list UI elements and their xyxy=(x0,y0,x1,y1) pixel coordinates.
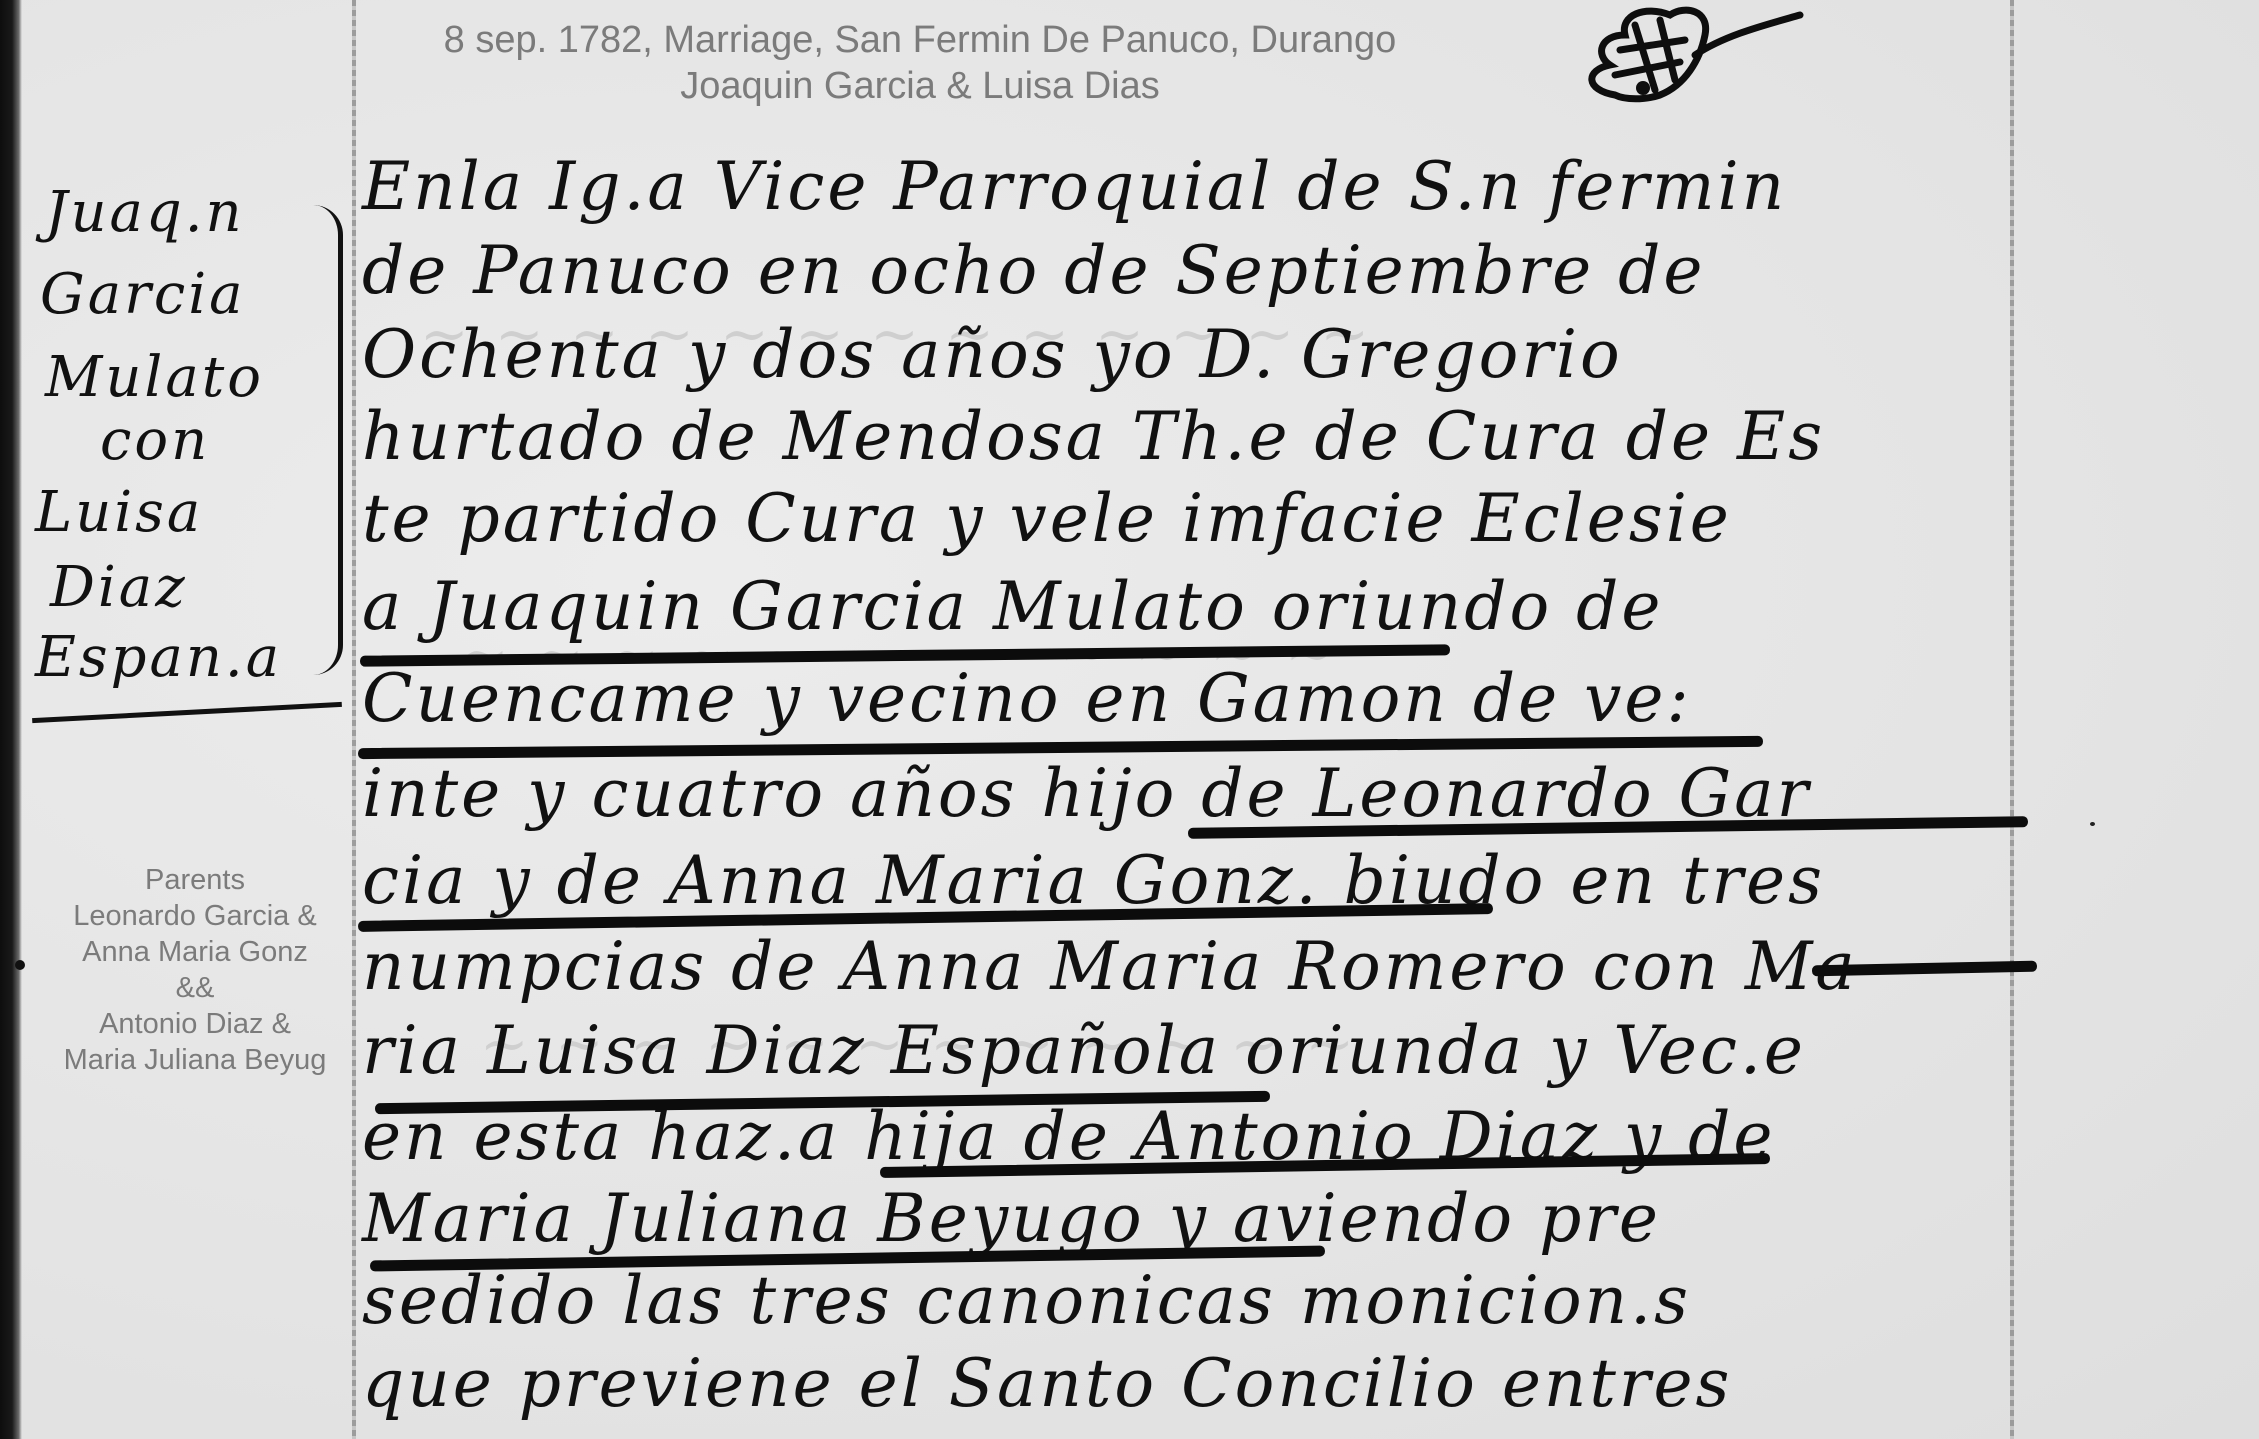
record-line: hurtado de Mendosa Th.e de Cura de Es xyxy=(362,398,1825,475)
parents-line: Maria Juliana Beyug xyxy=(40,1042,350,1078)
parents-line: Leonardo Garcia & xyxy=(40,898,350,934)
document-page: ~ ~ ~ ~ ~ ~ ~ ~ ~ ~ ~ ~ ~ ~ ~ ~ ~ ~ ~ ~ … xyxy=(0,0,2259,1439)
record-line: de Panuco en ocho de Septiembre de xyxy=(362,232,1705,309)
margin-brace xyxy=(310,205,343,675)
margin-note-line: Mulato xyxy=(45,345,264,410)
parents-line: Anna Maria Gonz xyxy=(40,934,350,970)
record-line: inte y cuatro años hijo de Leonardo Gar xyxy=(362,755,1811,832)
record-title-annotation: 8 sep. 1782, Marriage, San Fermin De Pan… xyxy=(370,18,1470,109)
record-line: a Juaquin Garcia Mulato oriundo de xyxy=(362,568,1663,645)
record-line: te partido Cura y vele imfacie Eclesie xyxy=(362,480,1732,557)
parents-line: && xyxy=(40,970,350,1006)
record-line: sedido las tres canonicas monicion.s xyxy=(362,1262,1691,1339)
record-line: numpcias de Anna Maria Romero con Ma xyxy=(362,928,1858,1005)
margin-note-underline xyxy=(32,702,342,723)
record-line: Ochenta y dos años yo D. Gregorio xyxy=(362,316,1623,393)
right-ruled-margin-line xyxy=(2010,0,2014,1439)
record-line: cia y de Anna Maria Gonz. biudo en tres xyxy=(362,842,1825,919)
ink-speck xyxy=(2090,822,2095,826)
margin-note-line: Diaz xyxy=(50,555,188,620)
parents-heading: Parents xyxy=(40,862,350,898)
margin-note-line: Luisa xyxy=(35,480,203,545)
parents-annotation: Parents Leonardo Garcia & Anna Maria Gon… xyxy=(40,862,350,1078)
record-title-event: 8 sep. 1782, Marriage, San Fermin De Pan… xyxy=(370,18,1470,64)
book-binding-edge xyxy=(0,0,22,1439)
record-line: Enla Ig.a Vice Parroquial de S.n fermin xyxy=(362,148,1787,225)
signature-flourish-icon xyxy=(1575,0,1805,110)
record-line: que previene el Santo Concilio entres xyxy=(362,1345,1732,1422)
record-line: ria Luisa Diaz Española oriunda y Vec.e xyxy=(362,1012,1806,1089)
ink-speck xyxy=(15,960,25,970)
left-ruled-margin-line xyxy=(352,0,356,1439)
record-line: Cuencame y vecino en Gamon de ve: xyxy=(362,660,1692,737)
margin-note-line: con xyxy=(100,408,210,473)
margin-note-line: Juaq.n xyxy=(45,180,245,245)
margin-note-line: Garcia xyxy=(40,262,246,327)
record-title-couple: Joaquin Garcia & Luisa Dias xyxy=(370,64,1470,110)
margin-note-line: Espan.a xyxy=(35,625,282,690)
parents-line: Antonio Diaz & xyxy=(40,1006,350,1042)
record-line: Maria Juliana Beyugo y aviendo pre xyxy=(362,1180,1661,1257)
